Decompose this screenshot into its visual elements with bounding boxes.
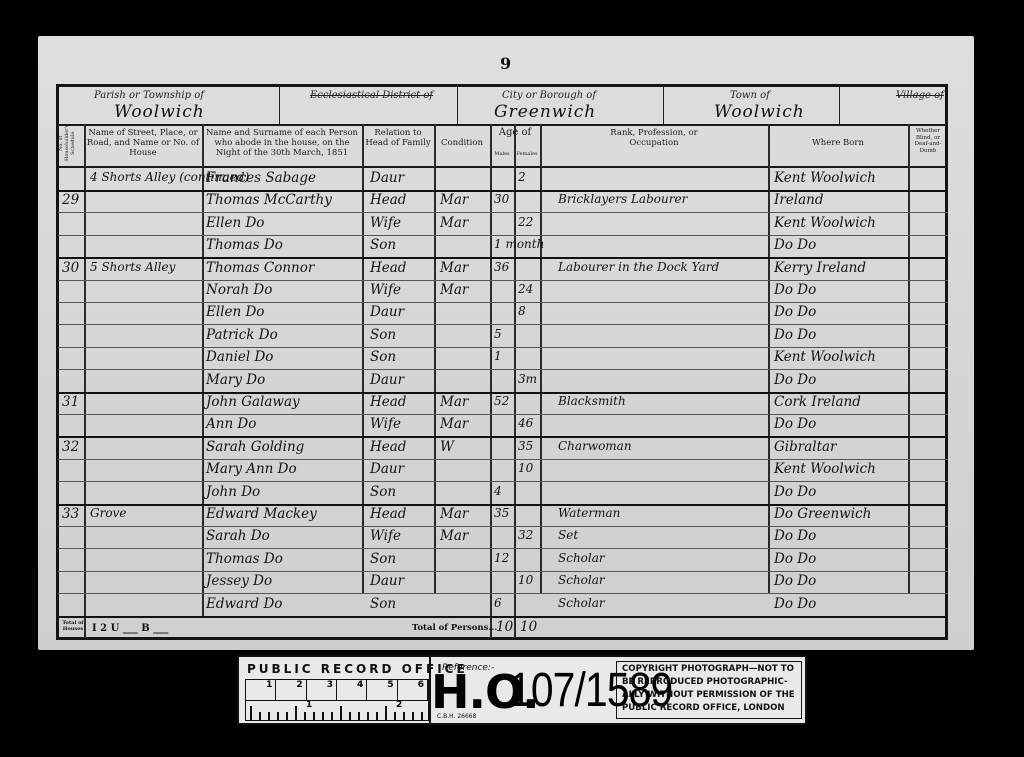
where-born: Do Greenwich <box>774 506 871 522</box>
district-header: Parish or Township of Woolwich Ecclesias… <box>58 86 948 126</box>
female-age: 10 <box>518 461 533 475</box>
ruler-tick <box>286 712 288 720</box>
ruler-tick <box>376 712 378 720</box>
where-born: Do Do <box>774 484 816 500</box>
relation: Head <box>370 394 406 410</box>
relation: Wife <box>370 416 401 432</box>
schedule-number: 31 <box>62 394 79 410</box>
where-born: Cork Ireland <box>774 394 861 410</box>
ruler-tick <box>268 712 270 720</box>
person-name: Jessey Do <box>206 573 272 589</box>
person-name: Sarah Golding <box>206 439 304 455</box>
town-value: Woolwich <box>714 102 805 122</box>
where-born: Do Do <box>774 573 816 589</box>
relation: Daur <box>370 372 404 388</box>
houses-total-label: Total of Houses <box>62 620 84 632</box>
female-age: 22 <box>518 215 533 229</box>
relation: Head <box>370 260 406 276</box>
male-age: 4 <box>494 484 502 498</box>
person-name: Ellen Do <box>206 304 264 320</box>
ruler-tick <box>259 712 261 720</box>
condition: Mar <box>440 282 468 298</box>
person-name: Thomas Do <box>206 237 283 253</box>
ruler-tick <box>358 712 360 720</box>
schedule-number: 30 <box>62 260 79 276</box>
table-row: Norah DoWifeMar24Do Do <box>58 280 948 303</box>
where-born: Kerry Ireland <box>774 260 866 276</box>
male-age: 52 <box>494 394 509 408</box>
relation: Wife <box>370 215 401 231</box>
where-born: Do Do <box>774 282 816 298</box>
person-name: Thomas Do <box>206 551 283 567</box>
town-cell: Town of Woolwich <box>664 86 840 124</box>
borough-cell: City or Borough of Greenwich <box>458 86 664 124</box>
condition: Mar <box>440 394 468 410</box>
person-name: Edward Do <box>206 596 282 612</box>
ruler-mark: 5 <box>367 680 397 700</box>
female-age: 46 <box>518 416 533 430</box>
person-name: Thomas McCarthy <box>206 192 332 208</box>
street-address: 5 Shorts Alley <box>90 260 175 274</box>
table-row: 33GroveEdward MackeyHeadMar35WatermanDo … <box>58 504 948 527</box>
males-total: 10 <box>496 619 513 635</box>
ruler-mark: 4 <box>337 680 367 700</box>
col-males: Males <box>490 146 514 164</box>
table-row: John DoSon4Do Do <box>58 482 948 506</box>
ruler-tick <box>367 712 369 720</box>
ruler-mark: 3 <box>307 680 337 700</box>
occupation: Charwoman <box>558 439 632 453</box>
female-age: 35 <box>518 439 533 453</box>
totals-row: Total of Houses I 2 U ___ B ___ Total of… <box>58 616 948 640</box>
relation: Wife <box>370 282 401 298</box>
person-name: Thomas Connor <box>206 260 314 276</box>
table-row: Ellen DoWifeMar22Kent Woolwich <box>58 213 948 236</box>
relation: Daur <box>370 170 404 186</box>
ruler-tick <box>304 712 306 720</box>
condition: Mar <box>440 192 468 208</box>
condition: Mar <box>440 528 468 544</box>
ruler-tick <box>277 712 279 720</box>
person-name: Norah Do <box>206 282 272 298</box>
relation: Son <box>370 237 396 253</box>
male-age: 1 month <box>494 237 544 251</box>
occupation: Labourer in the Dock Yard <box>558 260 719 274</box>
schedule-number: 32 <box>62 439 79 455</box>
male-age: 1 <box>494 349 502 363</box>
ruler-tick <box>331 712 333 720</box>
parish-cell: Parish or Township of Woolwich <box>58 86 280 124</box>
male-age: 12 <box>494 551 509 565</box>
occupation: Bricklayers Labourer <box>558 192 687 206</box>
col-females: Females <box>514 146 540 164</box>
table-row: Thomas DoSon1 monthDo Do <box>58 235 948 259</box>
occupation: Scholar <box>558 596 605 610</box>
col-blind-deaf: Whether Blind, or Deaf-and-Dumb <box>908 124 948 166</box>
occupation: Waterman <box>558 506 620 520</box>
table-row: 32Sarah GoldingHeadW35CharwomanGibraltar <box>58 437 948 460</box>
ruler-mark: 6 <box>398 680 428 700</box>
female-age: 10 <box>518 573 533 587</box>
col-occupation: Rank, Profession, or Occupation <box>540 124 768 166</box>
relation: Son <box>370 551 396 567</box>
where-born: Kent Woolwich <box>774 215 876 231</box>
relation: Son <box>370 596 396 612</box>
relation: Son <box>370 484 396 500</box>
table-row: Mary DoDaur3mDo Do <box>58 370 948 394</box>
col-name: Name and Surname of each Person who abod… <box>202 124 362 166</box>
female-age: 2 <box>518 170 526 184</box>
schedule-number: 29 <box>62 192 79 208</box>
persons-total-label: Total of Persons... <box>412 623 497 633</box>
condition: W <box>440 439 454 455</box>
where-born: Do Do <box>774 596 816 612</box>
male-age: 30 <box>494 192 509 206</box>
where-born: Do Do <box>774 327 816 343</box>
ruler-tick <box>421 712 423 720</box>
table-row: 4 Shorts Alley (continued)Frances Sabage… <box>58 168 948 192</box>
street-address: Grove <box>90 506 126 520</box>
relation: Head <box>370 506 406 522</box>
col-schedule-no: No. of Householder's Schedule <box>58 124 84 166</box>
ruler-tick <box>250 706 252 720</box>
person-name: Mary Do <box>206 372 265 388</box>
females-total: 10 <box>520 619 537 635</box>
houses-total-value: I 2 U ___ B ___ <box>92 623 168 634</box>
where-born: Do Do <box>774 372 816 388</box>
relation: Wife <box>370 528 401 544</box>
col-condition: Condition <box>434 124 490 166</box>
table-row: Jessey DoDaur10ScholarDo Do <box>58 571 948 594</box>
person-name: John Do <box>206 484 260 500</box>
ruler-mark: 2 <box>276 680 306 700</box>
where-born: Ireland <box>774 192 823 208</box>
ruler-mark: 2 <box>396 700 402 710</box>
person-name: Edward Mackey <box>206 506 317 522</box>
relation: Head <box>370 192 406 208</box>
person-name: Ann Do <box>206 416 256 432</box>
occupation: Scholar <box>558 551 605 565</box>
occupation: Blacksmith <box>558 394 626 408</box>
table-row: Patrick DoSon5Do Do <box>58 325 948 348</box>
col-relation: Relation to Head of Family <box>362 124 434 166</box>
ruler-tick <box>385 706 387 720</box>
village-label: Village of <box>896 90 944 101</box>
parish-label: Parish or Township of <box>94 90 204 101</box>
condition: Mar <box>440 260 468 276</box>
ruler-tick <box>313 712 315 720</box>
cbh-code: C.B.H. 26668 <box>437 713 476 720</box>
town-label: Town of <box>730 90 770 101</box>
parish-value: Woolwich <box>114 102 205 122</box>
ruler-mark: 1 <box>246 680 276 700</box>
ruler-tick <box>403 712 405 720</box>
table-row: Ellen DoDaur8Do Do <box>58 302 948 325</box>
where-born: Do Do <box>774 237 816 253</box>
column-headers: No. of Householder's Schedule Name of St… <box>58 124 948 168</box>
table-row: Thomas DoSon12ScholarDo Do <box>58 549 948 572</box>
ruler-tick <box>340 706 342 720</box>
female-age: 8 <box>518 304 526 318</box>
male-age: 35 <box>494 506 509 520</box>
ruler-mark: 1 <box>306 700 312 710</box>
person-name: Frances Sabage <box>206 170 316 186</box>
where-born: Kent Woolwich <box>774 461 876 477</box>
ruler-tick <box>295 706 297 720</box>
occupation: Set <box>558 528 578 542</box>
copyright-notice: COPYRIGHT PHOTOGRAPH—NOT TO BE REPRODUCE… <box>616 661 802 719</box>
where-born: Kent Woolwich <box>774 349 876 365</box>
relation: Head <box>370 439 406 455</box>
borough-label: City or Borough of <box>502 90 596 101</box>
relation: Son <box>370 349 396 365</box>
table-row: Edward DoSon6ScholarDo Do <box>58 594 948 617</box>
col-street: Name of Street, Place, or Road, and Name… <box>84 124 202 166</box>
where-born: Do Do <box>774 416 816 432</box>
table-row: 29Thomas McCarthyHeadMar30Bricklayers La… <box>58 190 948 213</box>
ruler: 123456 12 <box>245 679 429 721</box>
table-row: 305 Shorts AlleyThomas ConnorHeadMar36La… <box>58 258 948 281</box>
village-cell: Village of <box>840 86 948 124</box>
relation: Daur <box>370 461 404 477</box>
person-name: Mary Ann Do <box>206 461 297 477</box>
relation: Son <box>370 327 396 343</box>
where-born: Kent Woolwich <box>774 170 876 186</box>
male-age: 36 <box>494 260 509 274</box>
ruler-tick <box>322 712 324 720</box>
page-number: 9 <box>500 54 511 73</box>
relation: Daur <box>370 573 404 589</box>
eccl-district-cell: Ecclesiastical District of <box>280 86 458 124</box>
eccl-district-label: Ecclesiastical District of <box>310 90 433 101</box>
condition: Mar <box>440 506 468 522</box>
male-age: 5 <box>494 327 502 341</box>
where-born: Do Do <box>774 528 816 544</box>
col-where-born: Where Born <box>768 124 908 166</box>
table-row: Sarah DoWifeMar32SetDo Do <box>58 526 948 549</box>
person-name: Patrick Do <box>206 327 278 343</box>
ruler-tick <box>412 712 414 720</box>
schedule-number: 33 <box>62 506 79 522</box>
ruler-tick <box>394 712 396 720</box>
borough-value: Greenwich <box>494 102 596 122</box>
ruler-tick <box>349 712 351 720</box>
where-born: Do Do <box>774 551 816 567</box>
table-row: Ann DoWifeMar46Do Do <box>58 414 948 438</box>
condition: Mar <box>440 416 468 432</box>
relation: Daur <box>370 304 404 320</box>
female-age: 3m <box>518 372 537 386</box>
pro-reference-stamp: PUBLIC RECORD OFFICE 123456 12 Reference… <box>237 655 807 725</box>
male-age: 6 <box>494 596 502 610</box>
table-row: Daniel DoSon1Kent Woolwich <box>58 347 948 370</box>
person-name: Sarah Do <box>206 528 270 544</box>
where-born: Gibraltar <box>774 439 837 455</box>
where-born: Do Do <box>774 304 816 320</box>
person-name: Ellen Do <box>206 215 264 231</box>
table-row: Mary Ann DoDaur10Kent Woolwich <box>58 459 948 482</box>
condition: Mar <box>440 215 468 231</box>
female-age: 32 <box>518 528 533 542</box>
table-row: 31John GalawayHeadMar52BlacksmithCork Ir… <box>58 392 948 415</box>
female-age: 24 <box>518 282 533 296</box>
person-name: Daniel Do <box>206 349 273 365</box>
occupation: Scholar <box>558 573 605 587</box>
person-name: John Galaway <box>206 394 300 410</box>
